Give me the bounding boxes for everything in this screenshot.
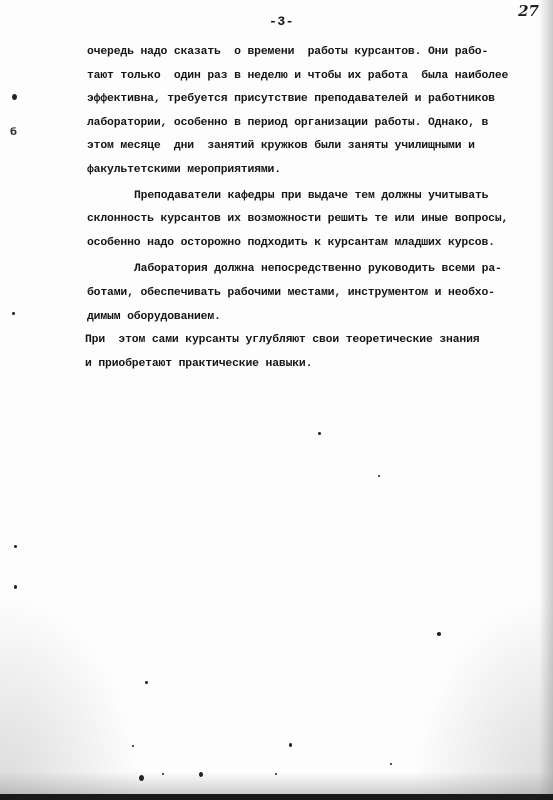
text-line: лаборатории, особенно в период организац… bbox=[87, 112, 542, 136]
scan-speck bbox=[14, 585, 17, 589]
text-line: тают только один раз в неделю и чтобы их… bbox=[87, 65, 542, 89]
scan-edge-haze-bottom bbox=[0, 772, 553, 794]
margin-mark: б bbox=[10, 127, 17, 138]
scan-speck bbox=[12, 94, 17, 100]
text-line: и приобретают практические навыки. bbox=[85, 353, 542, 377]
page-number: -3- bbox=[0, 14, 553, 29]
text-line: димым оборудованием. bbox=[87, 306, 542, 330]
text-line: очередь надо сказать о времени работы ку… bbox=[87, 41, 542, 65]
scan-speck bbox=[390, 763, 392, 765]
scan-speck bbox=[132, 745, 134, 747]
scan-speck bbox=[162, 773, 164, 775]
document-body: очередь надо сказать о времени работы ку… bbox=[87, 41, 542, 376]
paragraph-start-line: Лаборатория должна непосредственно руков… bbox=[87, 258, 542, 282]
scan-speck bbox=[275, 773, 277, 775]
scan-speck bbox=[145, 681, 148, 684]
text-line: ботами, обеспечивать рабочими местами, и… bbox=[87, 282, 542, 306]
text-line: эффективна, требуется присутствие препод… bbox=[87, 88, 542, 112]
scan-speck bbox=[199, 772, 203, 777]
scan-speck bbox=[139, 775, 144, 781]
scan-speck bbox=[14, 545, 17, 548]
paragraph-start-line: Преподаватели кафедры при выдаче тем дол… bbox=[87, 185, 542, 209]
scan-speck bbox=[318, 432, 321, 435]
text-line: этом месяце дни занятий кружков были зан… bbox=[87, 135, 542, 159]
paragraph-start-line: При этом сами курсанты углубляют свои те… bbox=[85, 329, 542, 353]
scan-speck bbox=[378, 475, 380, 477]
scan-speck bbox=[12, 312, 15, 315]
text-line: особенно надо осторожно подходить к курс… bbox=[87, 232, 542, 256]
text-line: факультетскими мероприятиями. bbox=[87, 159, 542, 183]
scanned-page: 27 -3- очередь надо сказать о времени ра… bbox=[0, 0, 553, 800]
scan-edge-bottom bbox=[0, 794, 553, 800]
scan-speck bbox=[437, 632, 441, 636]
scan-speck bbox=[289, 743, 292, 747]
text-line: склонность курсантов их возможности реши… bbox=[87, 208, 542, 232]
